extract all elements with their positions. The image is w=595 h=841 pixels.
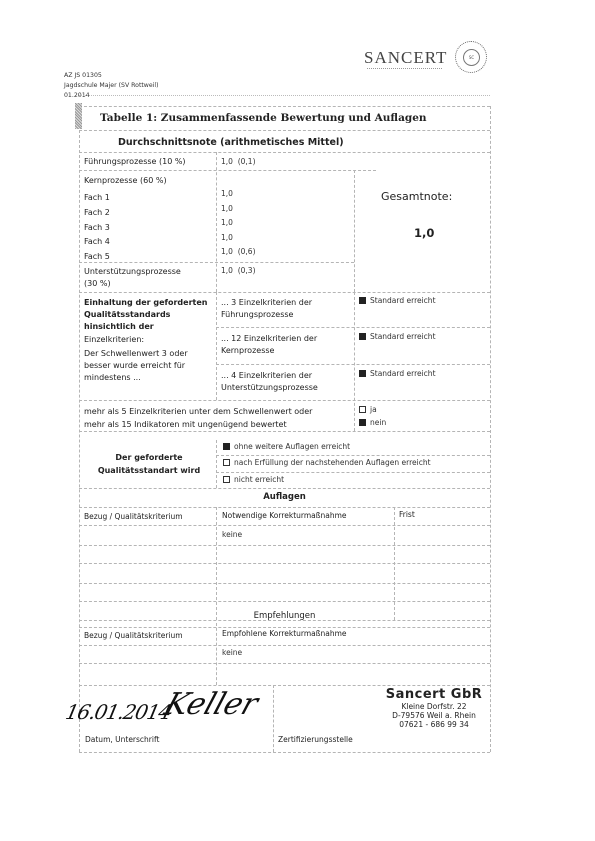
fach-labels: Fach 1 Fach 2 Fach 3 Fach 4 Fach 5 (84, 191, 110, 265)
auflagen-col-frist: Frist (399, 510, 415, 519)
einzelkriterien-unterstuetzung: ... 4 Einzelkriterien der Unterstützungs… (221, 370, 318, 394)
checkbox-unchecked-icon (359, 406, 366, 413)
fuehrung-value: 1,0 (0,1) (221, 157, 256, 166)
auflagen-col-massnahme: Notwendige Korrekturmaßnahme (222, 511, 347, 520)
einzelkriterien-fuehrung: ... 3 Einzelkriterien der Führungsprozes… (221, 297, 312, 321)
company-stamp: Sancert GbR Kleine Dorfstr. 22 D-79576 W… (384, 687, 484, 729)
signature: Keller (160, 687, 262, 722)
standard-kern-checkbox[interactable]: Standard erreicht (359, 332, 436, 341)
auflagen-col-bezug: Bezug / Qualitätskriterium (84, 512, 183, 521)
fach-1-value: 1,0 (221, 187, 256, 202)
nach-auflagen-checkbox[interactable]: nach Erfüllung der nachstehenden Auflage… (223, 458, 431, 467)
divider (79, 95, 490, 96)
stamp-phone: 07621 - 686 99 34 (384, 720, 484, 729)
reference-number: AZ JS 01305 (64, 71, 159, 81)
seal-icon: SC (455, 41, 487, 73)
checkbox-checked-icon (359, 297, 366, 304)
schwelle-nein-checkbox[interactable]: nein (359, 418, 386, 427)
checkbox-unchecked-icon (223, 459, 230, 466)
schwellenwert-question: mehr als 5 Einzelkriterien unter dem Sch… (84, 405, 312, 431)
kern-label: Kernprozesse (60 %) (84, 176, 167, 185)
qualitaetsstandard-label: Der geforderte Qualitätsstandart wird (84, 451, 214, 477)
title-marker (75, 103, 82, 129)
document-meta: AZ JS 01305 Jagdschule Majer (SV Rottwei… (64, 71, 159, 101)
einhaltung-label: Einhaltung der geforderten Qualitätsstan… (84, 297, 214, 384)
table-title: Tabelle 1: Zusammenfassende Bewertung un… (100, 112, 427, 124)
average-grade-heading: Durchschnittsnote (arithmetisches Mittel… (118, 137, 344, 148)
fach-2-value: 1,0 (221, 202, 256, 217)
checkbox-checked-icon (359, 419, 366, 426)
checkbox-checked-icon (223, 443, 230, 450)
standard-unterstuetzung-checkbox[interactable]: Standard erreicht (359, 369, 436, 378)
checkbox-checked-icon (359, 370, 366, 377)
stamp-street: Kleine Dorfstr. 22 (384, 702, 484, 711)
fach-values: 1,0 1,0 1,0 1,0 1,0 (0,6) (221, 187, 256, 260)
auflagen-value: keine (222, 530, 242, 539)
fach-1-label: Fach 1 (84, 191, 110, 206)
logo-underline (367, 68, 442, 70)
gesamtnote-label: Gesamtnote: (381, 190, 452, 203)
period: 01.2014 (64, 91, 159, 101)
fach-4-value: 1,0 (221, 231, 256, 246)
date-signature-label: Datum, Unterschrift (85, 735, 159, 744)
empfehlungen-col-massnahme: Empfohlene Korrekturmaßnahme (222, 629, 347, 638)
seal-center: SC (463, 49, 480, 66)
ohne-auflagen-checkbox[interactable]: ohne weitere Auflagen erreicht (223, 442, 350, 451)
certification-body-label: Zertifizierungsstelle (278, 735, 353, 744)
nicht-erreicht-checkbox[interactable]: nicht erreicht (223, 475, 284, 484)
schwelle-ja-checkbox[interactable]: ja (359, 405, 377, 414)
fach-4-label: Fach 4 (84, 235, 110, 250)
fach-5-label: Fach 5 (84, 250, 110, 265)
fuehrung-label: Führungsprozesse (10 %) (84, 157, 186, 166)
stamp-company-name: Sancert GbR (384, 687, 484, 702)
fach-2-label: Fach 2 (84, 206, 110, 221)
fach-3-label: Fach 3 (84, 221, 110, 236)
empfehlungen-col-bezug: Bezug / Qualitätskriterium (84, 631, 183, 640)
auflagen-heading: Auflagen (79, 492, 490, 502)
sancert-logo: SANCERT (364, 48, 447, 68)
institution-name: Jagdschule Majer (SV Rottweil) (64, 81, 159, 91)
standard-fuehrung-checkbox[interactable]: Standard erreicht (359, 296, 436, 305)
unterstuetzung-value: 1,0 (0,3) (221, 266, 256, 275)
handwritten-date: 16.01.2014 (63, 700, 173, 724)
einzelkriterien-kern: ... 12 Einzelkriterien der Kernprozesse (221, 333, 317, 357)
gesamtnote-value: 1,0 (414, 226, 434, 240)
unterstuetzung-label: Unterstützungsprozesse (30 %) (84, 266, 181, 290)
empfehlungen-value: keine (222, 648, 242, 657)
fach-3-value: 1,0 (221, 216, 256, 231)
checkbox-checked-icon (359, 333, 366, 340)
empfehlungen-heading: Empfehlungen (79, 611, 490, 621)
stamp-city: D-79576 Weil a. Rhein (384, 711, 484, 720)
kern-weighted: (0,6) (238, 247, 256, 256)
fach-5-value: 1,0 (0,6) (221, 245, 256, 260)
checkbox-unchecked-icon (223, 476, 230, 483)
